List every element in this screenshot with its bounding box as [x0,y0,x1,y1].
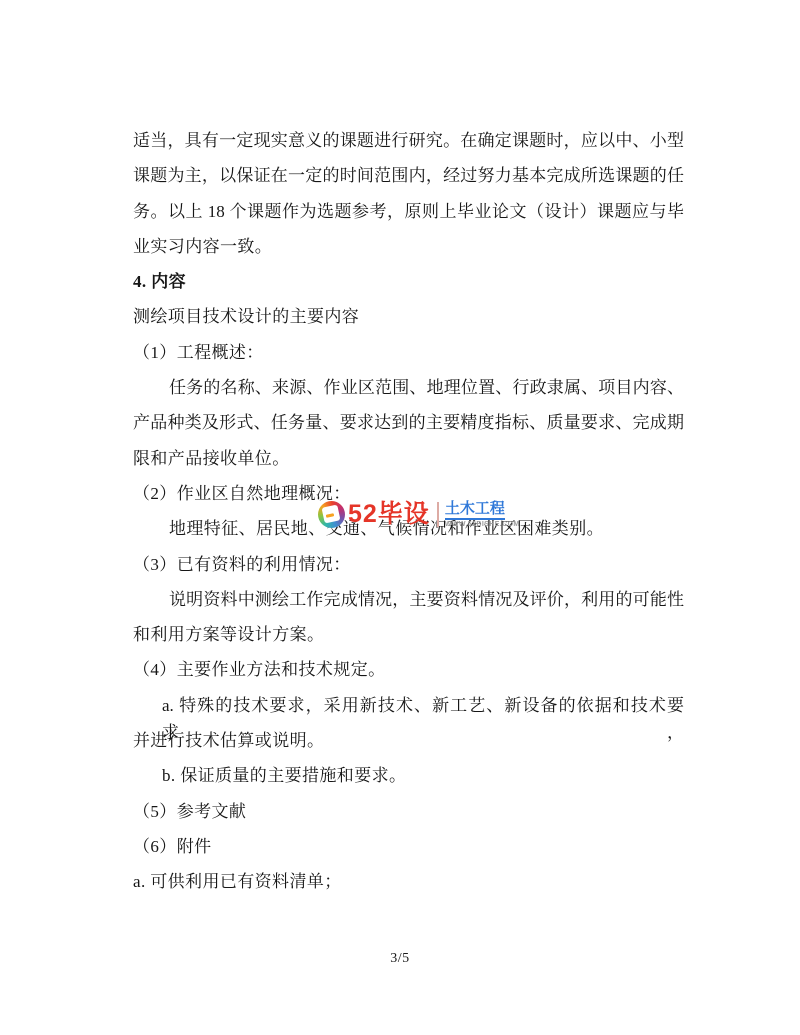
document-line: 地理特征、居民地、交通、气候情况和作业区困难类别。 [133,515,684,550]
document-line: 任务的名称、来源、作业区范围、地理位置、行政隶属、项目内容、 [133,374,684,409]
document-page: 适当，具有一定现实意义的课题进行研究。在确定课题时，应以中、小型课题为主，以保证… [0,0,800,1035]
document-line: （3）已有资料的利用情况： [133,551,684,586]
document-line: （6）附件 [133,833,684,868]
document-line: 务。以上 18 个课题作为选题参考，原则上毕业论文（设计）课题应与毕 [133,198,684,233]
document-line: 限和产品接收单位。 [133,445,684,480]
document-line: b. 保证质量的主要措施和要求。 [133,762,684,797]
document-line: （2）作业区自然地理概况： [133,480,684,515]
document-line: 课题为主，以保证在一定的时间范围内，经过努力基本完成所选课题的任 [133,162,684,197]
document-line: （5）参考文献 [133,798,684,833]
document-line: 产品种类及形式、任务量、要求达到的主要精度指标、质量要求、完成期 [133,409,684,444]
section-heading: 4. 内容 [133,268,684,303]
document-line: （1）工程概述： [133,339,684,374]
document-line: 适当，具有一定现实意义的课题进行研究。在确定课题时，应以中、小型 [133,127,684,162]
page-number: 3/5 [0,951,800,967]
document-line: a. 特殊的技术要求，采用新技术、新工艺、新设备的依据和技术要求， [133,692,684,727]
document-line: （4）主要作业方法和技术规定。 [133,656,684,691]
document-line: 和利用方案等设计方案。 [133,621,684,656]
document-line: 测绘项目技术设计的主要内容 [133,303,684,338]
document-lines: 适当，具有一定现实意义的课题进行研究。在确定课题时，应以中、小型课题为主，以保证… [133,127,684,904]
document-line: 说明资料中测绘工作完成情况，主要资料情况及评价，利用的可能性 [133,586,684,621]
document-line: a. 可供利用已有资料清单； [133,868,684,903]
document-line: 业实习内容一致。 [133,233,684,268]
